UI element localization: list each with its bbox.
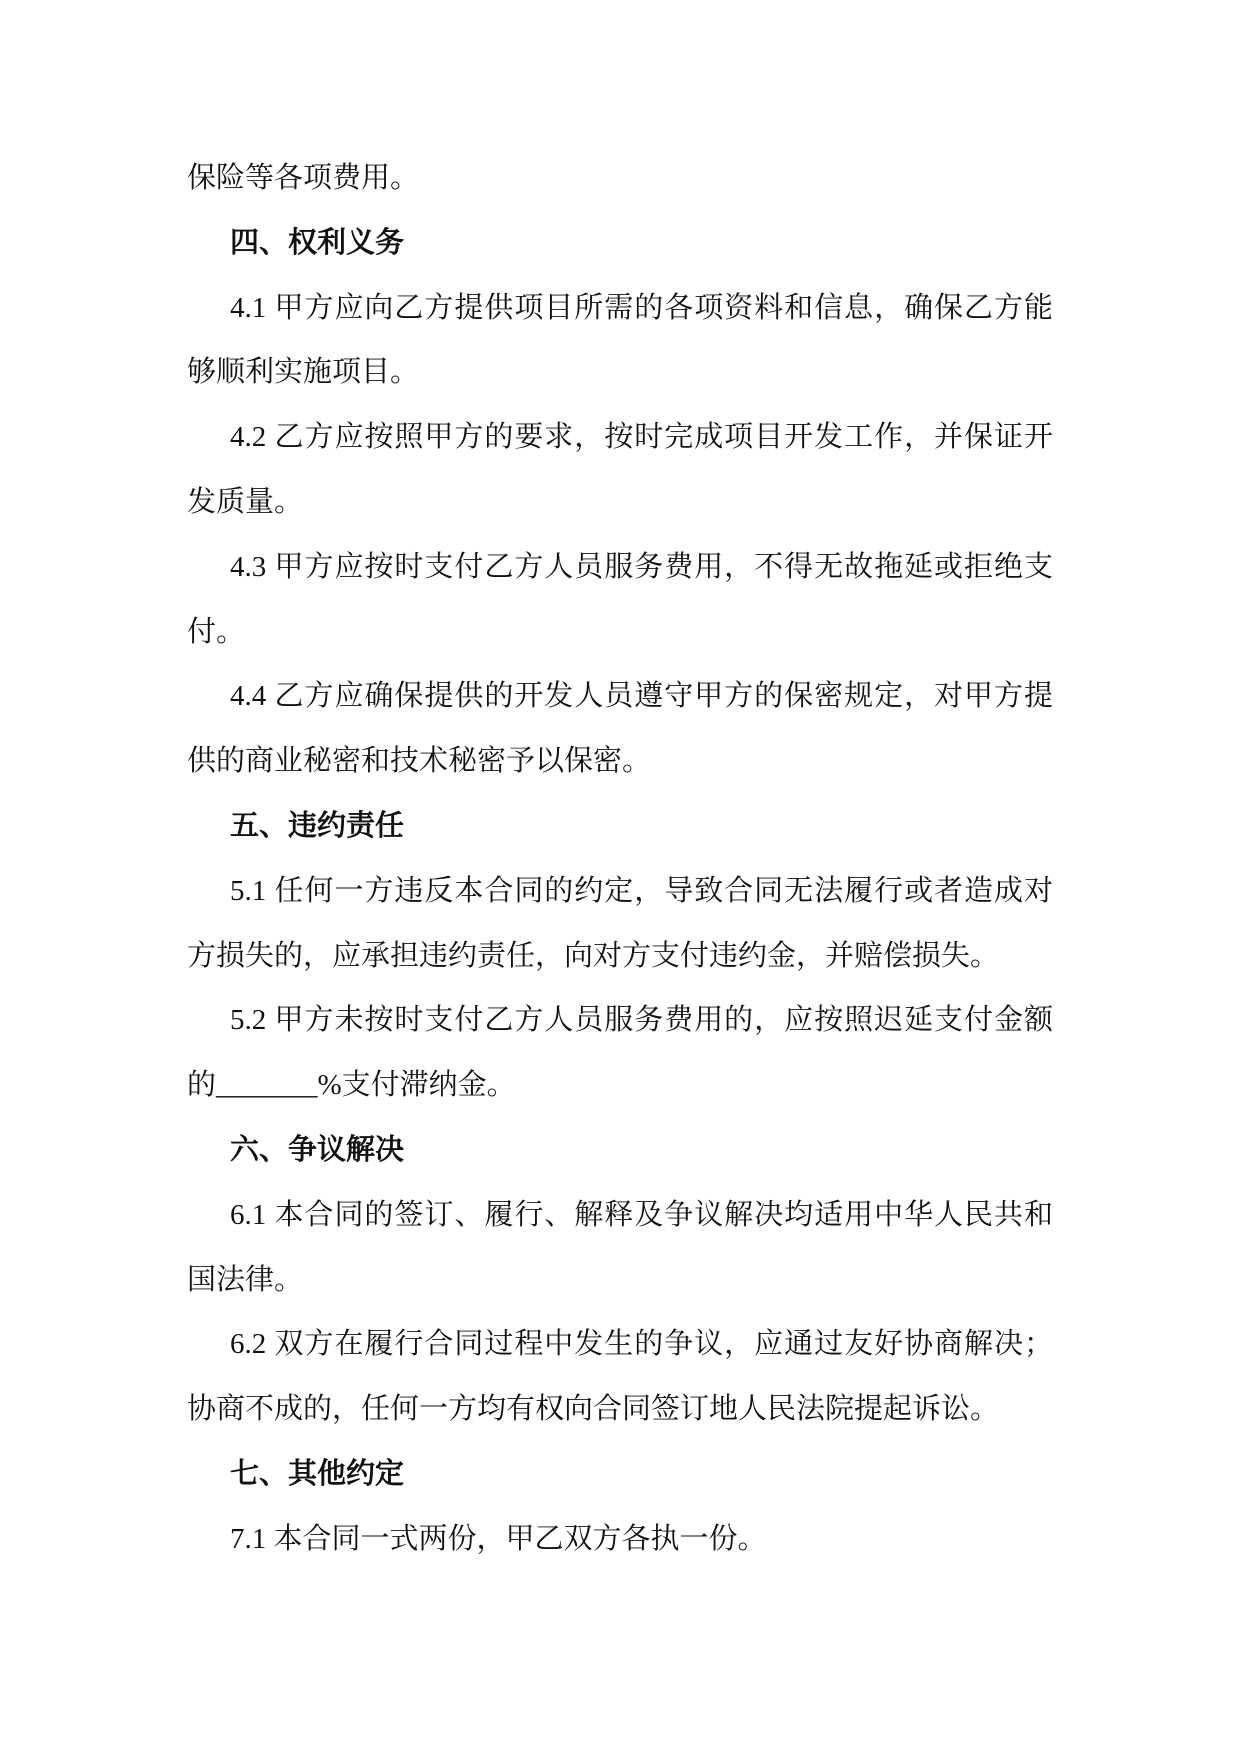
clause-4-3: 4.3 甲方应按时支付乙方人员服务费用，不得无故拖延或拒绝支付。: [187, 535, 1053, 665]
section-heading-other-provisions: 七、其他约定: [187, 1442, 1053, 1507]
continued-clause-fragment: 保险等各项费用。: [187, 146, 1053, 211]
section-heading-breach-liability: 五、违约责任: [187, 794, 1053, 859]
clause-6-2: 6.2 双方在履行合同过程中发生的争议，应通过友好协商解决；协商不成的，任何一方…: [187, 1312, 1053, 1442]
clause-4-2: 4.2 乙方应按照甲方的要求，按时完成项目开发工作，并保证开发质量。: [187, 405, 1053, 535]
clause-5-1: 5.1 任何一方违反本合同的约定，导致合同无法履行或者造成对方损失的，应承担违约…: [187, 859, 1053, 989]
contract-page: 保险等各项费用。 四、权利义务 4.1 甲方应向乙方提供项目所需的各项资料和信息…: [0, 0, 1240, 1753]
clause-6-1: 6.1 本合同的签订、履行、解释及争议解决均适用中华人民共和国法律。: [187, 1183, 1053, 1313]
clause-7-1: 7.1 本合同一式两份，甲乙双方各执一份。: [187, 1507, 1053, 1572]
section-heading-dispute-resolution: 六、争议解决: [187, 1118, 1053, 1183]
clause-4-1: 4.1 甲方应向乙方提供项目所需的各项资料和信息，确保乙方能够顺利实施项目。: [187, 276, 1053, 406]
clause-5-2: 5.2 甲方未按时支付乙方人员服务费用的，应按照迟延支付金额的_______%支…: [187, 988, 1053, 1118]
section-heading-rights-obligations: 四、权利义务: [187, 211, 1053, 276]
clause-4-4: 4.4 乙方应确保提供的开发人员遵守甲方的保密规定，对甲方提供的商业秘密和技术秘…: [187, 664, 1053, 794]
